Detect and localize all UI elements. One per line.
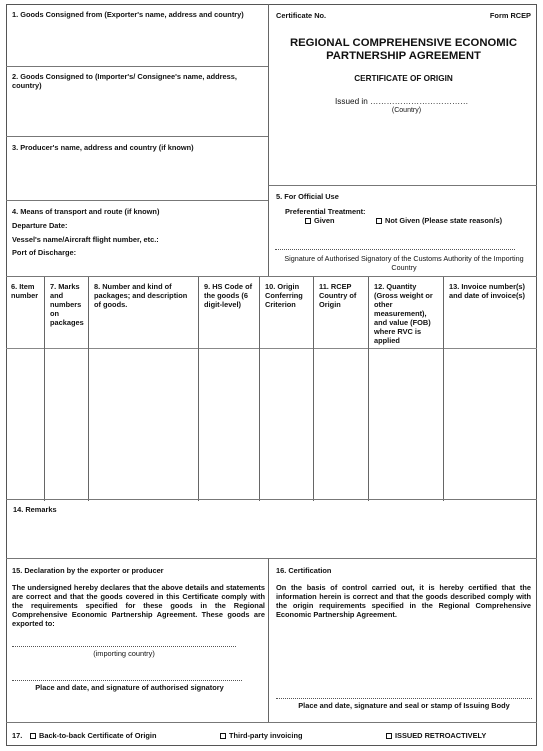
departure-date-label: Departure Date: bbox=[12, 221, 67, 230]
exporter-signature-line[interactable] bbox=[12, 680, 242, 681]
goods-table: 6. Item number7. Marks and numbers on pa… bbox=[6, 276, 537, 500]
certification-title: 16. Certification bbox=[276, 566, 331, 575]
box-5-official-use: 5. For Official Use Preferential Treatme… bbox=[268, 185, 537, 277]
given-checkbox[interactable] bbox=[305, 218, 311, 224]
box-2-importer[interactable]: 2. Goods Consigned to (Importer's/ Consi… bbox=[6, 66, 269, 137]
form-code: Form RCEP bbox=[490, 11, 531, 20]
declaration-title: 15. Declaration by the exporter or produ… bbox=[12, 566, 164, 575]
table-column-13[interactable]: 13. Invoice number(s) and date of invoic… bbox=[443, 277, 538, 501]
table-column-12[interactable]: 12. Quantity (Gross weight or other meas… bbox=[368, 277, 444, 501]
table-column-8[interactable]: 8. Number and kind of packages; and desc… bbox=[88, 277, 199, 501]
issued-in-line[interactable]: Issued in ……………………………… bbox=[335, 97, 468, 106]
issued-in-dots: ……………………………… bbox=[370, 97, 468, 106]
customs-signature-caption: Signature of Authorised Signatory of the… bbox=[279, 254, 529, 272]
certification-body: On the basis of control carried out, it … bbox=[276, 583, 531, 619]
box-2-label: 2. Goods Consigned to (Importer's/ Consi… bbox=[12, 72, 262, 90]
table-column-header: 9. HS Code of the goods (6 digit-level) bbox=[204, 282, 257, 309]
back-to-back-option[interactable]: Back-to-back Certificate of Origin bbox=[30, 731, 156, 740]
table-column-7[interactable]: 7. Marks and numbers on packages bbox=[44, 277, 89, 501]
table-column-header: 7. Marks and numbers on packages bbox=[50, 282, 86, 327]
vessel-label: Vessel's name/Aircraft flight number, et… bbox=[12, 235, 159, 244]
table-column-header: 12. Quantity (Gross weight or other meas… bbox=[374, 282, 441, 345]
certificate-no-label: Certificate No. bbox=[276, 11, 326, 20]
port-of-discharge-label: Port of Discharge: bbox=[12, 248, 76, 257]
retroactive-option[interactable]: ISSUED RETROACTIVELY bbox=[386, 731, 486, 740]
box-15-declaration: 15. Declaration by the exporter or produ… bbox=[6, 558, 269, 723]
customs-signature-line[interactable] bbox=[275, 249, 515, 250]
box-3-label: 3. Producer's name, address and country … bbox=[12, 143, 267, 152]
given-label: Given bbox=[314, 216, 335, 225]
back-to-back-label: Back-to-back Certificate of Origin bbox=[39, 731, 156, 740]
not-given-option[interactable]: Not Given (Please state reason/s) bbox=[376, 216, 502, 225]
table-column-6[interactable]: 6. Item number bbox=[6, 277, 44, 501]
table-column-header: 13. Invoice number(s) and date of invoic… bbox=[449, 282, 535, 300]
retroactive-checkbox[interactable] bbox=[386, 733, 392, 739]
box-3-producer[interactable]: 3. Producer's name, address and country … bbox=[6, 136, 269, 201]
table-column-header: 11. RCEP Country of Origin bbox=[319, 282, 366, 309]
third-party-label: Third-party invoicing bbox=[229, 731, 303, 740]
table-column-9[interactable]: 9. HS Code of the goods (6 digit-level) bbox=[198, 277, 260, 501]
table-column-header: 10. Origin Conferring Criterion bbox=[265, 282, 311, 309]
table-column-header: 6. Item number bbox=[11, 282, 41, 300]
agreement-title-line2: PARTNERSHIP AGREEMENT bbox=[269, 50, 538, 63]
declaration-body: The undersigned hereby declares that the… bbox=[12, 583, 265, 628]
box-4-transport[interactable]: 4. Means of transport and route (if know… bbox=[6, 200, 269, 277]
issuing-body-signature-line[interactable] bbox=[276, 698, 532, 699]
table-column-header: 8. Number and kind of packages; and desc… bbox=[94, 282, 196, 309]
box-14-remarks[interactable]: 14. Remarks bbox=[6, 499, 537, 559]
exporter-signature-caption: Place and date, and signature of authori… bbox=[12, 683, 247, 692]
box-17-options: 17. Back-to-back Certificate of Origin T… bbox=[6, 722, 537, 746]
retroactive-label: ISSUED RETROACTIVELY bbox=[395, 731, 486, 740]
remarks-label: 14. Remarks bbox=[13, 505, 57, 514]
box-1-exporter[interactable]: 1. Goods Consigned from (Exporter's name… bbox=[6, 4, 269, 67]
issuing-body-signature-caption: Place and date, signature and seal or st… bbox=[276, 701, 532, 710]
table-column-10[interactable]: 10. Origin Conferring Criterion bbox=[259, 277, 314, 501]
table-column-11[interactable]: 11. RCEP Country of Origin bbox=[313, 277, 369, 501]
not-given-label: Not Given (Please state reason/s) bbox=[385, 216, 502, 225]
not-given-checkbox[interactable] bbox=[376, 218, 382, 224]
certificate-of-origin-title: CERTIFICATE OF ORIGIN bbox=[269, 74, 538, 83]
country-caption: (Country) bbox=[369, 106, 444, 115]
box-5-label: 5. For Official Use bbox=[276, 192, 339, 201]
back-to-back-checkbox[interactable] bbox=[30, 733, 36, 739]
third-party-option[interactable]: Third-party invoicing bbox=[220, 731, 303, 740]
given-option[interactable]: Given bbox=[305, 216, 335, 225]
box-1-label: 1. Goods Consigned from (Exporter's name… bbox=[12, 10, 267, 19]
preferential-treatment-label: Preferential Treatment: bbox=[285, 207, 366, 216]
box-4-label: 4. Means of transport and route (if know… bbox=[12, 207, 159, 216]
header-panel: Certificate No. Form RCEP REGIONAL COMPR… bbox=[268, 4, 537, 186]
importing-country-caption: (importing country) bbox=[12, 649, 236, 658]
importing-country-line[interactable] bbox=[12, 646, 236, 647]
box-16-certification: 16. Certification On the basis of contro… bbox=[268, 558, 537, 723]
agreement-title-line1: REGIONAL COMPREHENSIVE ECONOMIC bbox=[269, 37, 538, 50]
box-17-number: 17. bbox=[12, 731, 22, 740]
third-party-checkbox[interactable] bbox=[220, 733, 226, 739]
issued-in-label: Issued in bbox=[335, 97, 368, 106]
